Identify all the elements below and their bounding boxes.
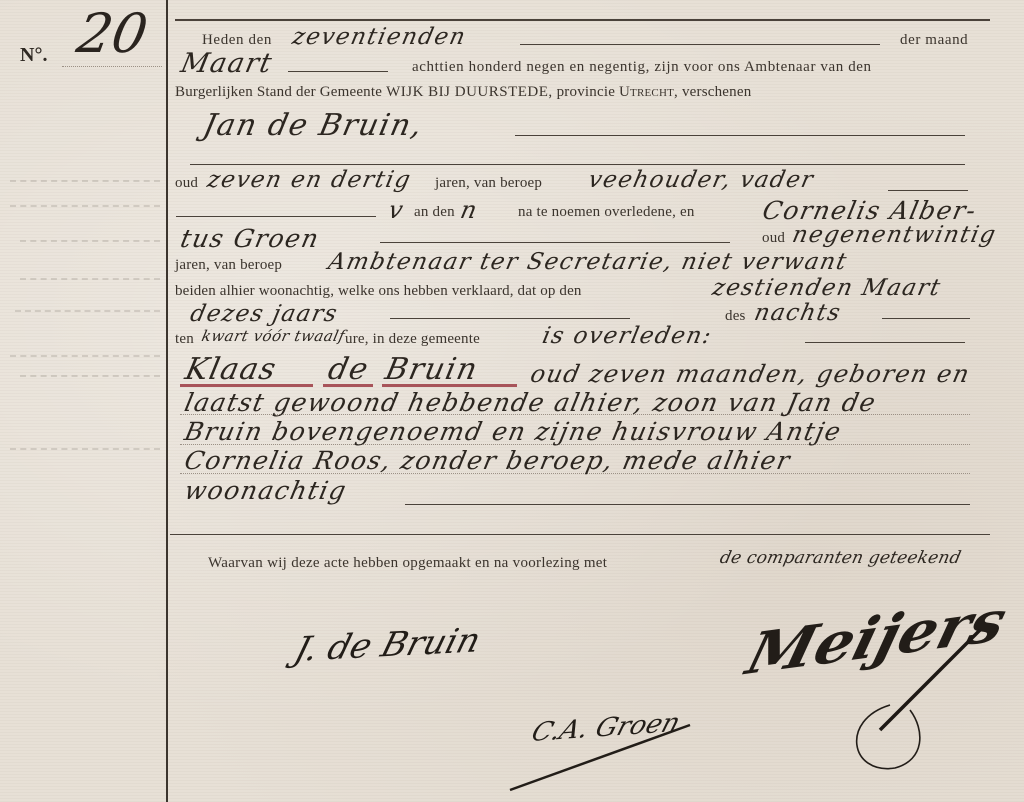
signature-flourish-meijers [840, 610, 1020, 780]
fill-line [380, 242, 730, 243]
fill-line [288, 71, 388, 72]
text-burgerlijke-stand: Burgerlijken Stand der Gemeente WIJK BIJ… [175, 84, 751, 101]
fill-line [390, 318, 630, 319]
margin-bleed-line [20, 375, 160, 377]
record-number-dotline [62, 66, 162, 67]
municipality-name: WIJK BIJ DUURSTEDE, [386, 84, 553, 100]
text-der-maand: der maand [900, 32, 968, 49]
hand-declarant2-name-a: Cornelis Alber- [760, 196, 980, 225]
section-separator [170, 534, 990, 535]
text-oud-2: oud [762, 230, 785, 247]
hand-deceased-line-0: oud zeven maanden, geboren en [528, 360, 973, 388]
hand-death-date: zestienden Maart [710, 275, 944, 301]
hand-died: is overleden: [540, 323, 715, 349]
red-underline-surname [382, 384, 517, 387]
hand-deceased-first-name: Klaas [182, 352, 280, 387]
hand-declarant2-age: negenentwintig [790, 222, 999, 248]
hand-declarant1-age: zeven en dertig [205, 167, 414, 193]
hand-deceased-line-1: laatst gewoond hebbende alhier, zoon van… [182, 388, 879, 417]
fill-line [176, 216, 376, 217]
fill-line [190, 164, 965, 165]
text-ure-gemeente: ure, in deze gemeente [345, 331, 480, 348]
text-des: des [725, 308, 746, 325]
hand-declarant2-occupation: Ambtenaar ter Secretarie, niet verwant [326, 249, 850, 275]
fill-line [520, 44, 880, 45]
hand-time-of-day: nachts [752, 300, 844, 326]
fill-line [888, 190, 968, 191]
hand-declarant1-occupation: veehouder, vader [586, 167, 817, 193]
top-rule [175, 19, 990, 21]
hand-hour: kwart vóór twaalf [200, 327, 347, 345]
text-verklaard: beiden alhier woonachtig, welke ons hebb… [175, 283, 582, 300]
hand-declarant1-name: Jan de Bruin, [200, 108, 426, 143]
text-verschenen: verschenen [682, 84, 751, 100]
text-oud: oud [175, 175, 198, 192]
text-gemeente-label: Burgerlijken Stand der Gemeente [175, 84, 382, 100]
hand-month: Maart [178, 48, 276, 79]
hand-declarant2-name-b: tus Groen [178, 224, 322, 253]
margin-bleed-line [10, 180, 160, 182]
province-name: Utrecht, [619, 84, 678, 100]
record-number: 20 [72, 2, 152, 65]
text-jaren-beroep-2: jaren, van beroep [175, 257, 282, 274]
signature-flourish-groen [500, 700, 720, 800]
hand-deceased-line-2: Bruin bovengenoemd en zijne huisvrouw An… [182, 417, 845, 446]
margin-bleed-line [10, 205, 160, 207]
text-an-den: an den [414, 204, 455, 221]
hand-year: dezes jaars [188, 301, 341, 327]
text-ten: ten [175, 331, 194, 348]
red-underline-particle [323, 384, 373, 387]
hand-deceased-surname: Bruin [382, 352, 482, 387]
hand-day: zeventienden [290, 24, 469, 50]
hand-relation-n: n [458, 196, 481, 224]
fill-line [882, 318, 970, 319]
fill-line [515, 135, 965, 136]
hand-deceased-line-4: woonachtig [182, 476, 350, 505]
hand-relation-v: v [386, 196, 407, 224]
hand-deceased-particle: de [325, 352, 372, 387]
hand-deceased-line-3: Cornelia Roos, zonder beroep, mede alhie… [182, 446, 794, 475]
margin-bleed-line [15, 310, 160, 312]
text-na-te-noemen: na te noemen overledene, en [518, 204, 695, 221]
form-left-border [166, 0, 168, 802]
red-underline-first [180, 384, 313, 387]
text-provincie: provincie [557, 84, 615, 100]
signature-j-de-bruin: J. de Bruin [290, 621, 485, 670]
margin-bleed-line [20, 240, 160, 242]
text-year-and-clerk: achttien honderd negen en negentig, zijn… [412, 59, 872, 76]
text-waarvan: Waarvan wij deze acte hebben opgemaakt e… [208, 555, 607, 572]
fill-line [405, 504, 970, 505]
margin-bleed-line [10, 448, 160, 450]
margin-bleed-line [20, 278, 160, 280]
fill-line [805, 342, 965, 343]
record-number-label: N°. [20, 44, 47, 67]
text-heden-den: Heden den [202, 32, 272, 49]
text-jaren-beroep: jaren, van beroep [435, 175, 542, 192]
hand-closing: de comparanten geteekend [718, 548, 963, 568]
margin-bleed-line [10, 355, 160, 357]
